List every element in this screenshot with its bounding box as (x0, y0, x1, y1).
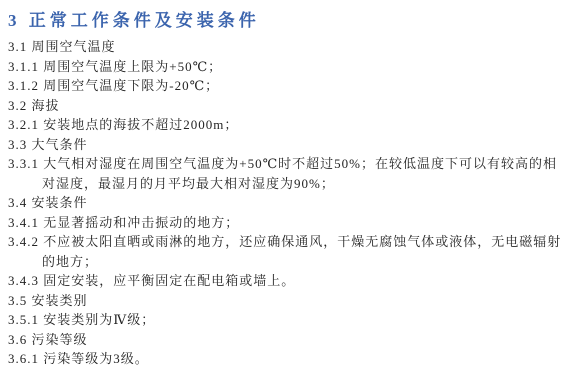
doc-line-3-2-1: 3.2.1 安装地点的海拔不超过2000m； (8, 115, 570, 135)
section-heading: 3 正常工作条件及安装条件 (8, 6, 260, 31)
doc-line-3-1-1: 3.1.1 周围空气温度上限为+50℃； (8, 57, 570, 77)
doc-line-3-5: 3.5 安装类别 (8, 291, 570, 311)
doc-line-3-4: 3.4 安装条件 (8, 193, 570, 213)
doc-line-3-1: 3.1 周围空气温度 (8, 37, 570, 57)
doc-line-3-3-1-cont: 对湿度，最湿月的月平均最大相对湿度为90%； (8, 174, 570, 194)
doc-line-3-4-2: 3.4.2 不应被太阳直晒或雨淋的地方，还应确保通风，干燥无腐蚀气体或液体，无电… (8, 232, 570, 252)
doc-line-3-3: 3.3 大气条件 (8, 135, 570, 155)
doc-line-3-1-2: 3.1.2 周围空气温度下限为-20℃； (8, 76, 570, 96)
doc-line-3-4-3: 3.4.3 固定安装，应平衡固定在配电箱或墙上。 (8, 271, 570, 291)
doc-line-3-6: 3.6 污染等级 (8, 330, 570, 350)
doc-line-3-6-1: 3.6.1 污染等级为3级。 (8, 349, 570, 369)
document-page: 3 正常工作条件及安装条件 3.1 周围空气温度 3.1.1 周围空气温度上限为… (0, 0, 570, 380)
doc-line-3-4-1: 3.4.1 无显著摇动和冲击振动的地方； (8, 213, 570, 233)
document-body: 3.1 周围空气温度 3.1.1 周围空气温度上限为+50℃； 3.1.2 周围… (8, 37, 570, 369)
doc-line-3-3-1: 3.3.1 大气相对湿度在周围空气温度为+50℃时不超过50%；在较低温度下可以… (8, 154, 570, 174)
doc-line-3-2: 3.2 海拔 (8, 96, 570, 116)
doc-line-3-5-1: 3.5.1 安装类别为Ⅳ级； (8, 310, 570, 330)
doc-line-3-4-2-cont: 的地方； (8, 252, 570, 272)
